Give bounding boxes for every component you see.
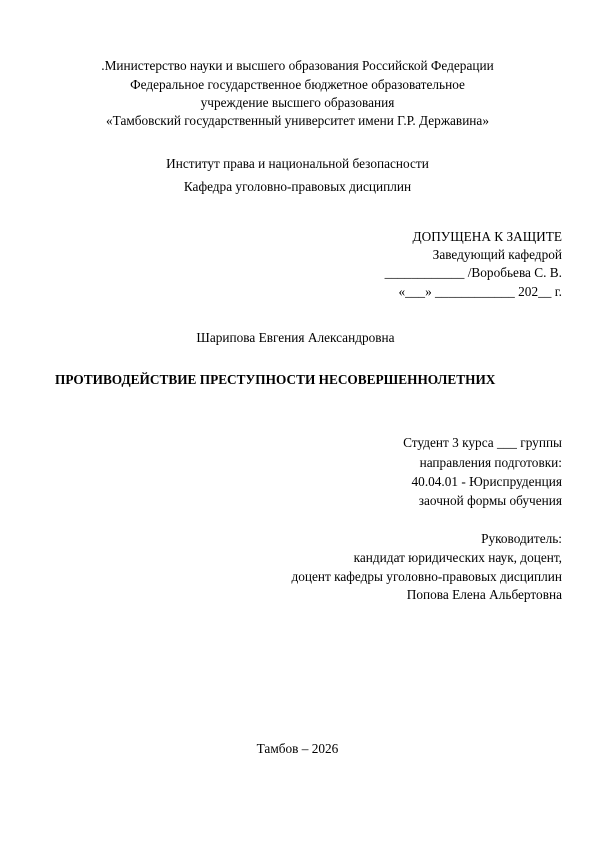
work-title: ПРОТИВОДЕЙСТВИЕ ПРЕСТУПНОСТИ НЕСОВЕРШЕНН… xyxy=(55,373,495,386)
approval-date-line: «___» ____________ 202__ г. xyxy=(398,285,562,298)
institution-level-line: учреждение высшего образования xyxy=(0,96,595,109)
approval-signature-line: ____________ /Воробьева С. В. xyxy=(385,266,562,279)
author-name: Шарипова Евгения Александровна xyxy=(0,331,595,344)
student-study-form: заочной формы обучения xyxy=(419,494,562,507)
approval-position: Заведующий кафедрой xyxy=(433,248,562,261)
student-direction-label: направления подготовки: xyxy=(420,456,562,469)
supervisor-position: доцент кафедры уголовно-правовых дисципл… xyxy=(291,570,562,583)
student-course-group: Студент 3 курса ___ группы xyxy=(403,436,562,449)
institute-name: Институт права и национальной безопаснос… xyxy=(0,157,595,170)
supervisor-label: Руководитель: xyxy=(481,532,562,545)
department-name: Кафедра уголовно-правовых дисциплин xyxy=(0,180,595,193)
approval-title: ДОПУЩЕНА К ЗАЩИТЕ xyxy=(413,230,562,243)
supervisor-degree: кандидат юридических наук, доцент, xyxy=(354,551,562,564)
ministry-line: .Министерство науки и высшего образовани… xyxy=(0,59,595,72)
title-page: .Министерство науки и высшего образовани… xyxy=(0,0,595,841)
student-direction-code: 40.04.01 - Юриспруденция xyxy=(412,475,562,488)
city-year: Тамбов – 2026 xyxy=(0,742,595,755)
institution-type-line: Федеральное государственное бюджетное об… xyxy=(0,78,595,91)
university-name-line: «Тамбовский государственный университет … xyxy=(0,114,595,127)
supervisor-name: Попова Елена Альбертовна xyxy=(407,588,562,601)
